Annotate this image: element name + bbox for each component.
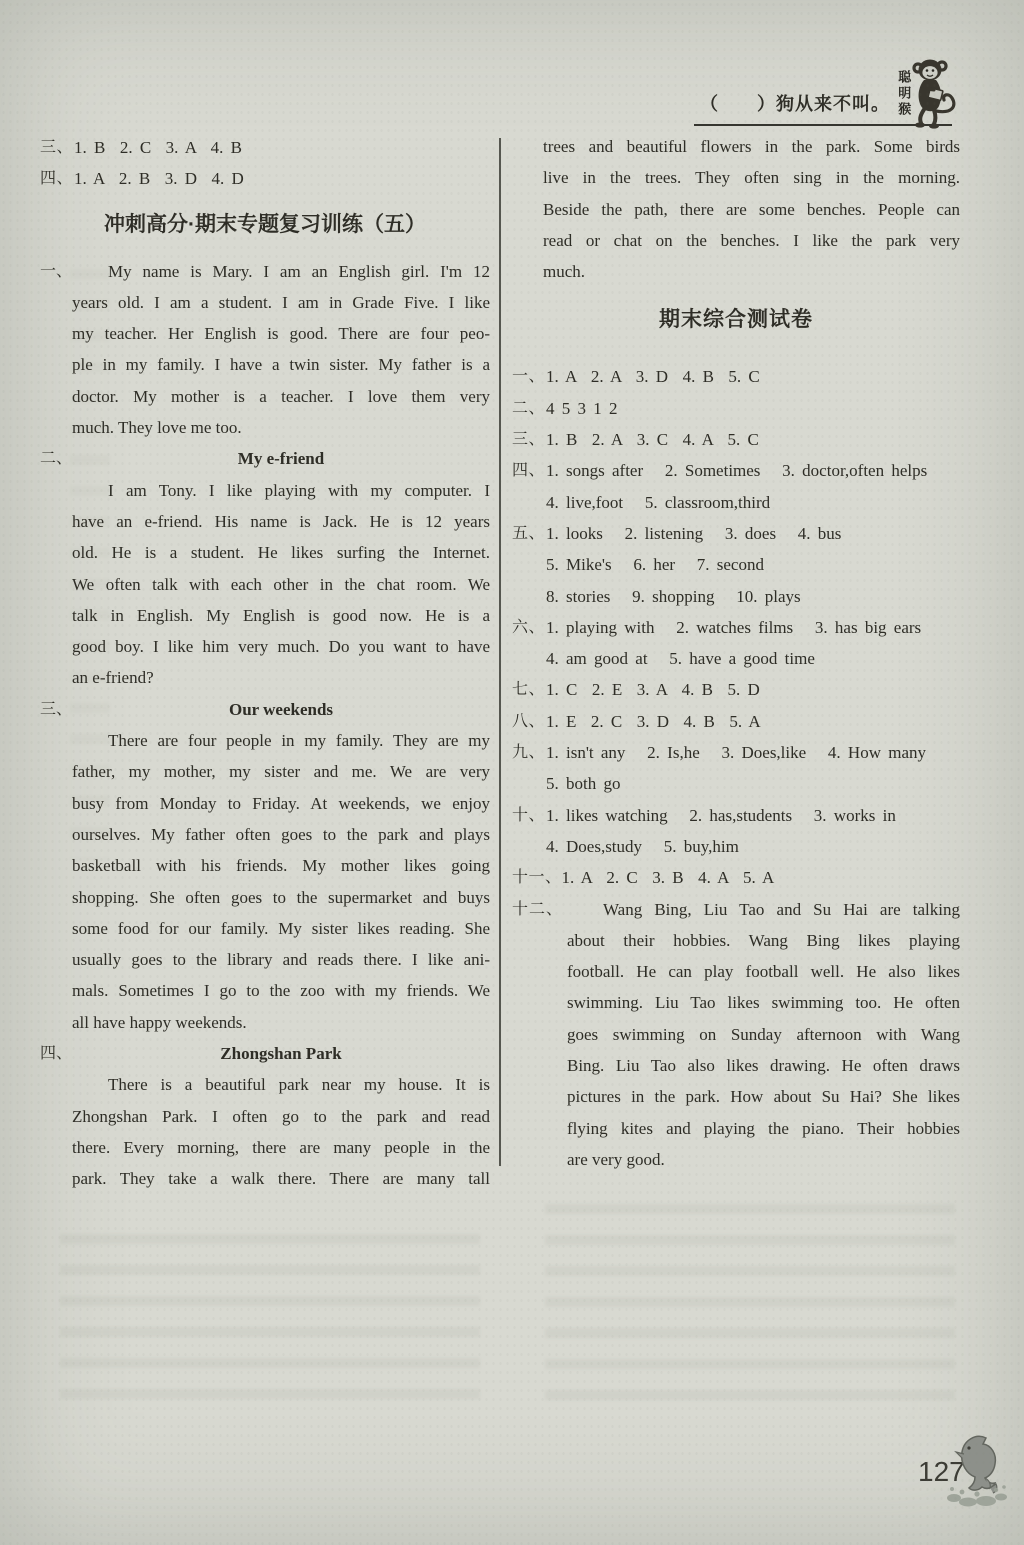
answer-line: 五、 1. looks 2. listening 3. does 4. bus [512, 518, 960, 549]
answer-line: 七、 1. C 2. E 3. A 4. B 5. D [512, 674, 960, 705]
answer-text: 5. both go [546, 768, 620, 799]
answer-line: 4. Does,study 5. buy,him [512, 831, 960, 862]
answer-text: 1. A 2. B 3. D 4. D [74, 163, 244, 194]
answer-text: 5. Mike's 6. her 7. second [546, 549, 764, 580]
answer-line: 一、 1. A 2. A 3. D 4. B 5. C [512, 361, 960, 392]
passage-line: all have happy weekends. [72, 1007, 490, 1038]
passage-line: there. Every morning, there are many peo… [72, 1132, 490, 1163]
passage-line: talk in English. My English is good now.… [72, 600, 490, 631]
passage-line: I am Tony. I like playing with my comput… [72, 475, 490, 506]
passage-marker: 十二、 [512, 894, 567, 1176]
answer-line: 三、 1. B 2. A 3. C 4. A 5. C [512, 424, 960, 455]
answer-text: 4 5 3 1 2 [546, 393, 618, 424]
answer-text: 8. stories 9. shopping 10. plays [546, 581, 801, 612]
answer-marker: 六、 [512, 612, 546, 643]
answer-marker: 十一、 [512, 862, 562, 893]
answer-text: 1. B 2. C 3. A 4. B [74, 132, 242, 163]
answer-marker [512, 549, 546, 580]
passage-hobbies: 十二、 Wang Bing, Liu Tao and Su Hai are ta… [512, 894, 960, 1176]
answer-text: 1. A 2. C 3. B 4. A 5. A [562, 862, 775, 893]
page-showthrough [545, 1195, 955, 1415]
page-header: （ ）狗从来不叫。 聪明猴 [512, 84, 960, 128]
passage-line: read or chat on the benches. I like the … [543, 225, 960, 256]
passage-line: My name is Mary. I am an English girl. I… [72, 256, 490, 287]
passage-continuation: trees and beautiful flowers in the park.… [543, 131, 960, 287]
answer-marker [512, 487, 546, 518]
answer-text: 1. B 2. A 3. C 4. A 5. C [546, 424, 759, 455]
answer-line: 六、 1. playing with 2. watches films 3. h… [512, 612, 960, 643]
answer-text: 1. likes watching 2. has,students 3. wor… [546, 800, 896, 831]
passage-body: Wang Bing, Liu Tao and Su Hai are talkin… [567, 894, 960, 1176]
passage-mary: 一、 My name is Mary. I am an English girl… [40, 256, 490, 444]
passage-title: Zhongshan Park [72, 1038, 490, 1069]
passage-our-weekends: 三、 Our weekends There are four people in… [40, 694, 490, 1038]
answer-marker: 三、 [40, 132, 74, 163]
passage-line: shopping. She often goes to the supermar… [72, 882, 490, 913]
passage-line: Wang Bing, Liu Tao and Su Hai are talkin… [567, 894, 960, 925]
answer-marker: 七、 [512, 674, 546, 705]
passage-line: some food for our family. My sister like… [72, 913, 490, 944]
passage-body: My name is Mary. I am an English girl. I… [72, 256, 490, 444]
passage-line: much. [543, 256, 960, 287]
answer-marker: 四、 [40, 163, 74, 194]
answer-text: 4. am good at 5. have a good time [546, 643, 815, 674]
monkey-icon [906, 56, 960, 132]
answer-marker [512, 831, 546, 862]
answer-marker: 三、 [512, 424, 546, 455]
passage-line: Beside the path, there are some benches.… [543, 194, 960, 225]
passage-line: trees and beautiful flowers in the park.… [543, 131, 960, 162]
passage-body: My e-friend I am Tony. I like playing wi… [72, 443, 490, 693]
answer-line: 4. live,foot 5. classroom,third [512, 487, 960, 518]
passage-line: There is a beautiful park near my house.… [72, 1069, 490, 1100]
answer-text: 1. isn't any 2. Is,he 3. Does,like 4. Ho… [546, 737, 926, 768]
answer-line: 5. Mike's 6. her 7. second [512, 549, 960, 580]
answer-marker: 四、 [512, 455, 546, 486]
answer-line: 5. both go [512, 768, 960, 799]
answer-line: 十一、 1. A 2. C 3. B 4. A 5. A [512, 862, 960, 893]
answer-line: 四、 1. songs after 2. Sometimes 3. doctor… [512, 455, 960, 486]
passage-line: mals. Sometimes I go to the zoo with my … [72, 975, 490, 1006]
answer-line: 十、 1. likes watching 2. has,students 3. … [512, 800, 960, 831]
answer-text: 1. C 2. E 3. A 4. B 5. D [546, 674, 760, 705]
answer-marker [512, 643, 546, 674]
answer-line: 三、 1. B 2. C 3. A 4. B [40, 132, 490, 163]
answer-line: 二、 4 5 3 1 2 [512, 393, 960, 424]
answer-text: 4. Does,study 5. buy,him [546, 831, 739, 862]
passage-line: Zhongshan Park. I often go to the park a… [72, 1101, 490, 1132]
answer-marker: 五、 [512, 518, 546, 549]
passage-marker: 三、 [40, 694, 72, 1038]
passage-line: doctor. My mother is a teacher. I love t… [72, 381, 490, 412]
answer-text: 1. playing with 2. watches films 3. has … [546, 612, 921, 643]
passage-title: Our weekends [72, 694, 490, 725]
scanned-answer-page: 三、 1. B 2. C 3. A 4. B 四、 1. A 2. B 3. D… [0, 0, 1024, 1545]
page-showthrough [60, 1225, 480, 1405]
passage-title: My e-friend [72, 443, 490, 474]
passage-line: years old. I am a student. I am in Grade… [72, 287, 490, 318]
section-title-review-5: 冲刺高分·期末专题复习训练（五） [40, 207, 490, 243]
passage-line: are very good. [567, 1144, 960, 1175]
left-column: 三、 1. B 2. C 3. A 4. B 四、 1. A 2. B 3. D… [40, 132, 490, 1195]
answer-text: 1. A 2. A 3. D 4. B 5. C [546, 361, 760, 392]
answer-line: 4. am good at 5. have a good time [512, 643, 960, 674]
passage-line: There are four people in my family. They… [72, 725, 490, 756]
right-column: （ ）狗从来不叫。 聪明猴 [512, 84, 960, 1175]
answer-text: 4. live,foot 5. classroom,third [546, 487, 770, 518]
answer-line: 四、 1. A 2. B 3. D 4. D [40, 163, 490, 194]
passage-line: swimming. Liu Tao likes swimming too. He… [567, 987, 960, 1018]
passage-line: good boy. I like him very much. Do you w… [72, 631, 490, 662]
answer-line: 九、 1. isn't any 2. Is,he 3. Does,like 4.… [512, 737, 960, 768]
passage-line: goes swimming on Sunday afternoon with W… [567, 1019, 960, 1050]
passage-line: We often talk with each other in the cha… [72, 569, 490, 600]
passage-line: father, my mother, my sister and me. We … [72, 756, 490, 787]
answer-marker [512, 768, 546, 799]
passage-line: usually goes to the library and reads th… [72, 944, 490, 975]
answer-text: 1. looks 2. listening 3. does 4. bus [546, 518, 841, 549]
answer-marker [512, 581, 546, 612]
passage-line: my teacher. Her English is good. There a… [72, 318, 490, 349]
monkey-mascot: 聪明猴 [886, 56, 960, 134]
answer-marker: 八、 [512, 706, 546, 737]
passage-zhongshan-park: 四、 Zhongshan Park There is a beautiful p… [40, 1038, 490, 1194]
column-divider [499, 138, 501, 1166]
passage-body: Zhongshan Park There is a beautiful park… [72, 1038, 490, 1194]
answer-text: 1. songs after 2. Sometimes 3. doctor,of… [546, 455, 927, 486]
dolphin-icon [944, 1430, 1010, 1510]
passage-marker: 二、 [40, 443, 72, 693]
passage-line: an e-friend? [72, 662, 490, 693]
passage-line: football. He can play football well. He … [567, 956, 960, 987]
passage-line: park. They take a walk there. There are … [72, 1163, 490, 1194]
passage-my-efriend: 二、 My e-friend I am Tony. I like playing… [40, 443, 490, 693]
passage-line: live in the trees. They often sing in th… [543, 162, 960, 193]
passage-line: have an e-friend. His name is Jack. He i… [72, 506, 490, 537]
passage-line: pictures in the park. How about Su Hai? … [567, 1081, 960, 1112]
fill-in-blank-text: （ ）狗从来不叫。 [700, 89, 890, 120]
passage-line: busy from Monday to Friday. At weekends,… [72, 788, 490, 819]
passage-line: ple in my family. I have a twin sister. … [72, 349, 490, 380]
section-title-final-test: 期末综合测试卷 [512, 302, 960, 338]
passage-line: basketball with his friends. My mother l… [72, 850, 490, 881]
answer-marker: 九、 [512, 737, 546, 768]
passage-line: about their hobbies. Wang Bing likes pla… [567, 925, 960, 956]
passage-line: much. They love me too. [72, 412, 490, 443]
answer-marker: 十、 [512, 800, 546, 831]
passage-marker: 四、 [40, 1038, 72, 1194]
answer-text: 1. E 2. C 3. D 4. B 5. A [546, 706, 761, 737]
passage-line: old. He is a student. He likes surfing t… [72, 537, 490, 568]
passage-line: Bing. Liu Tao also likes drawing. He oft… [567, 1050, 960, 1081]
passage-line: ourselves. My father often goes to the p… [72, 819, 490, 850]
answer-marker: 一、 [512, 361, 546, 392]
answer-line: 8. stories 9. shopping 10. plays [512, 581, 960, 612]
answer-marker: 二、 [512, 393, 546, 424]
answer-line: 八、 1. E 2. C 3. D 4. B 5. A [512, 706, 960, 737]
passage-line: flying kites and playing the piano. Thei… [567, 1113, 960, 1144]
passage-marker: 一、 [40, 256, 72, 444]
passage-body: Our weekends There are four people in my… [72, 694, 490, 1038]
